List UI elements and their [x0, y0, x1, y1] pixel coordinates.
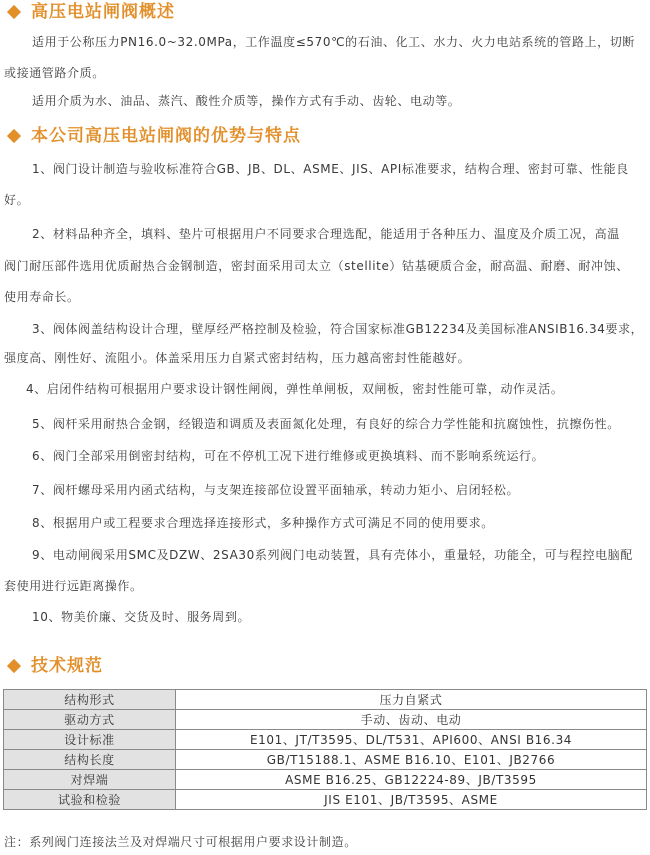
- spec-label: 设计标准: [4, 730, 176, 750]
- spec-value: 压力自紧式: [176, 690, 647, 710]
- paragraph-line: 好。: [0, 192, 650, 208]
- paragraph-line: 8、根据用户或工程要求合理选择连接形式，多种操作方式可满足不同的使用要求。: [0, 515, 650, 531]
- diamond-bullet-icon: [7, 129, 21, 143]
- spec-label: 结构长度: [4, 750, 176, 770]
- paragraph-line: 使用寿命长。: [0, 289, 650, 305]
- paragraph-line: 10、物美价廉、交货及时、服务周到。: [0, 609, 650, 625]
- spec-value: ASME B16.25、GB12224-89、JB/T3595: [176, 770, 647, 790]
- spec-value: 手动、齿动、电动: [176, 710, 647, 730]
- paragraph-line: 强度高、刚性好、流阻小。体盖采用压力自紧式密封结构，压力越高密封性能越好。: [0, 350, 650, 366]
- paragraph-line: 5、阀杆采用耐热合金钢，经锻造和调质及表面氮化处理，有良好的综合力学性能和抗腐蚀…: [0, 416, 650, 432]
- paragraph-line: 适用介质为水、油品、蒸汽、酸性介质等，操作方式有手动、齿轮、电动等。: [0, 93, 650, 109]
- table-row: 驱动方式 手动、齿动、电动: [4, 710, 647, 730]
- paragraph-line: 1、阀门设计制造与验收标准符合GB、JB、DL、ASME、JIS、API标准要求…: [0, 161, 650, 177]
- diamond-bullet-icon: [7, 5, 21, 19]
- paragraph-line: 或接通管路介质。: [0, 65, 650, 81]
- paragraph-line: 6、阀门全部采用倒密封结构，可在不停机工况下进行维修或更换填料、而不影响系统运行…: [0, 448, 650, 464]
- paragraph-line: 3、阀体阀盖结构设计合理，壁厚经严格控制及检验，符合国家标准GB12234及美国…: [0, 321, 650, 337]
- spec-label: 结构形式: [4, 690, 176, 710]
- diamond-bullet-icon: [7, 659, 21, 673]
- paragraph-line: 2、材料品种齐全，填料、垫片可根据用户不同要求合理选配，能适用于各种压力、温度及…: [0, 226, 650, 242]
- section-title-advantages: 本公司高压电站闸阀的优势与特点: [6, 126, 301, 146]
- spec-table: 结构形式 压力自紧式 驱动方式 手动、齿动、电动 设计标准 E101、JT/T3…: [3, 689, 647, 810]
- spec-value: JIS E101、JB/T3595、ASME: [176, 790, 647, 810]
- paragraph-line: 适用于公称压力PN16.0~32.0MPa，工作温度≤570℃的石油、化工、水力…: [0, 34, 650, 50]
- section-title-overview: 高压电站闸阀概述: [6, 2, 175, 22]
- table-row: 试验和检验 JIS E101、JB/T3595、ASME: [4, 790, 647, 810]
- spec-label: 对焊端: [4, 770, 176, 790]
- paragraph-line: 9、电动闸阀采用SMC及DZW、2SA30系列阀门电动装置，具有壳体小，重量轻，…: [0, 547, 650, 563]
- spec-label: 试验和检验: [4, 790, 176, 810]
- spec-label: 驱动方式: [4, 710, 176, 730]
- spec-value: GB/T15188.1、ASME B16.10、E101、JB2766: [176, 750, 647, 770]
- spec-note: 注：系列阀门连接法兰及对焊端尺寸可根据用户要求设计制造。: [0, 834, 650, 850]
- section-title-text: 本公司高压电站闸阀的优势与特点: [31, 126, 301, 146]
- table-row: 结构形式 压力自紧式: [4, 690, 647, 710]
- table-row: 设计标准 E101、JT/T3595、DL/T531、API600、ANSI B…: [4, 730, 647, 750]
- section-title-text: 高压电站闸阀概述: [31, 2, 175, 22]
- table-row: 结构长度 GB/T15188.1、ASME B16.10、E101、JB2766: [4, 750, 647, 770]
- paragraph-line: 阀门耐压部件选用优质耐热合金钢制造，密封面采用司太立（stellite）钴基硬质…: [0, 258, 650, 274]
- paragraph-line: 7、阀杆螺母采用内函式结构，与支架连接部位设置平面轴承，转动力矩小、启闭轻松。: [0, 482, 650, 498]
- table-row: 对焊端 ASME B16.25、GB12224-89、JB/T3595: [4, 770, 647, 790]
- paragraph-line: 4、启闭件结构可根据用户要求设计钢性闸阀，弹性单闸板，双闸板，密封性能可靠，动作…: [0, 381, 650, 397]
- paragraph-line: 套使用进行远距离操作。: [0, 578, 650, 594]
- section-title-text: 技术规范: [31, 656, 103, 676]
- spec-value: E101、JT/T3595、DL/T531、API600、ANSI B16.34: [176, 730, 647, 750]
- section-title-specs: 技术规范: [6, 656, 103, 676]
